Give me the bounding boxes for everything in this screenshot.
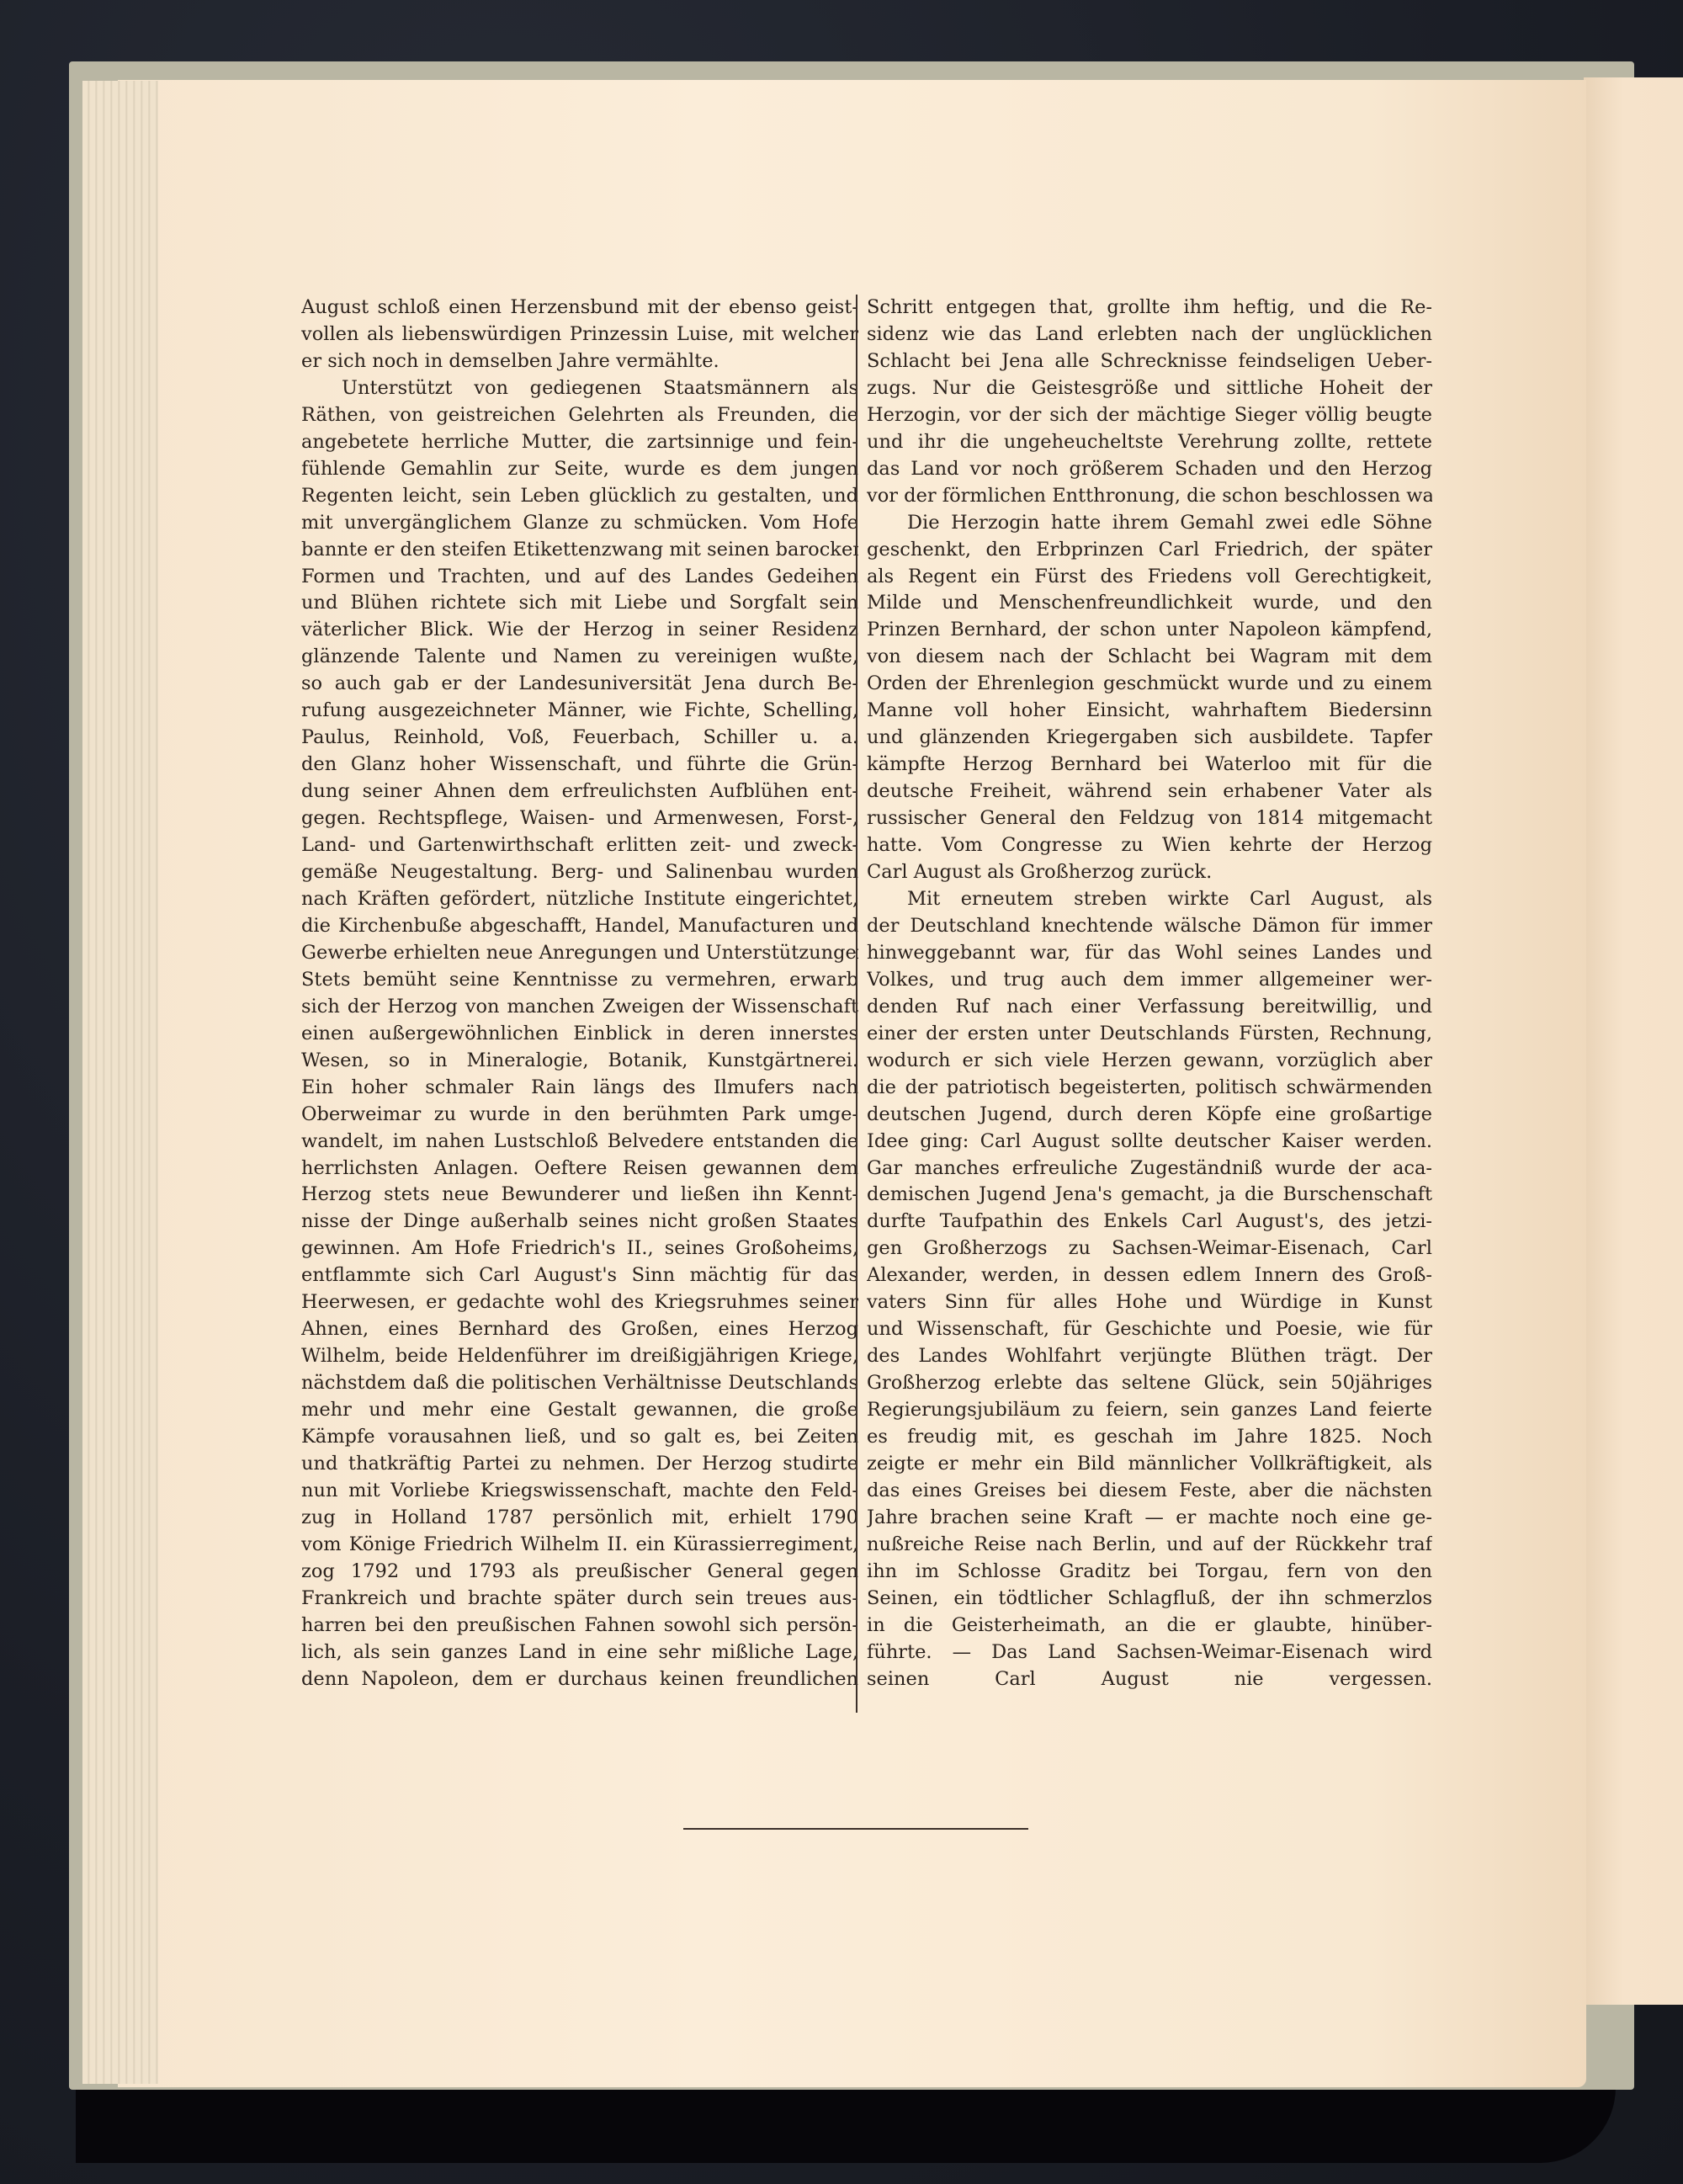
- text-line: Carl August als Großherzog zurück.: [867, 859, 1432, 886]
- text-line: von diesem nach der Schlacht bei Wagram …: [867, 644, 1432, 671]
- text-line: nach Kräften gefördert, nützliche Instit…: [301, 886, 858, 913]
- text-line: bannte er den steifen Etikettenzwang mit…: [301, 537, 858, 564]
- facing-page-edge: [1584, 77, 1683, 2005]
- text-line: rufung ausgezeichneter Männer, wie Ficht…: [301, 698, 858, 725]
- text-line: nun mit Vorliebe Kriegswissenschaft, mac…: [301, 1478, 858, 1505]
- text-line: Großherzog erlebte das seltene Glück, se…: [867, 1370, 1432, 1397]
- text-line: Seinen, ein tödtlicher Schlagfluß, der i…: [867, 1586, 1432, 1613]
- text-line: das eines Greises bei diesem Feste, aber…: [867, 1478, 1432, 1505]
- text-line: Wilhelm, beide Heldenführer im dreißigjä…: [301, 1343, 858, 1370]
- text-line: den Glanz hoher Wissenschaft, und führte…: [301, 752, 858, 778]
- text-line: sich der Herzog von manchen Zweigen der …: [301, 994, 858, 1021]
- text-line: und thatkräftig Partei zu nehmen. Der He…: [301, 1451, 858, 1478]
- text-line: wodurch er sich viele Herzen gewann, vor…: [867, 1048, 1432, 1075]
- text-line: Jahre brachen seine Kraft — er machte no…: [867, 1505, 1432, 1532]
- text-line: dung seiner Ahnen dem erfreulichsten Auf…: [301, 778, 858, 805]
- text-line: russischer General den Feldzug von 1814 …: [867, 805, 1432, 832]
- text-line: zug in Holland 1787 persönlich mit, erhi…: [301, 1505, 858, 1532]
- text-line: lich, als sein ganzes Land in eine sehr …: [301, 1639, 858, 1666]
- book-shadow: [76, 2087, 1616, 2163]
- text-line: denn Napoleon, dem er durchaus keinen fr…: [301, 1666, 858, 1693]
- text-line: Räthen, von geistreichen Gelehrten als F…: [301, 402, 858, 429]
- text-line: Alexander, werden, in dessen edlem Inner…: [867, 1262, 1432, 1289]
- text-line: zog 1792 und 1793 als preußischer Genera…: [301, 1559, 858, 1586]
- text-line: führte. — Das Land Sachsen-Weimar-Eisena…: [867, 1639, 1432, 1666]
- text-line: Volkes, und trug auch dem immer allgemei…: [867, 967, 1432, 994]
- text-line: zeigte er mehr ein Bild männlicher Vollk…: [867, 1451, 1432, 1478]
- text-line: Stets bemüht seine Kenntnisse zu vermehr…: [301, 967, 858, 994]
- text-line: mit unvergänglichem Glanze zu schmücken.…: [301, 510, 858, 537]
- column-divider: [856, 295, 857, 1713]
- text-line: harren bei den preußischen Fahnen sowohl…: [301, 1613, 858, 1639]
- text-line: Kämpfe vorausahnen ließ, und so galt es,…: [301, 1424, 858, 1451]
- text-line: kämpfte Herzog Bernhard bei Waterloo mit…: [867, 752, 1432, 778]
- text-line: als Regent ein Fürst des Friedens voll G…: [867, 564, 1432, 591]
- text-line: Unterstützt von gediegenen Staatsmännern…: [301, 375, 858, 402]
- text-line: August schloß einen Herzensbund mit der …: [301, 295, 858, 321]
- text-line: durfte Taufpathin des Enkels Carl August…: [867, 1209, 1432, 1235]
- scanned-book-spread: August schloß einen Herzensbund mit der …: [0, 0, 1683, 2184]
- text-line: Frankreich und brachte später durch sein…: [301, 1586, 858, 1613]
- text-line: Land- und Gartenwirthschaft erlitten zei…: [301, 832, 858, 859]
- text-line: nisse der Dinge außerhalb seines nicht g…: [301, 1209, 858, 1235]
- text-line: Regierungsjubiläum zu feiern, sein ganze…: [867, 1397, 1432, 1424]
- text-line: denden Ruf nach einer Verfassung bereitw…: [867, 994, 1432, 1021]
- text-line: hatte. Vom Congresse zu Wien kehrte der …: [867, 832, 1432, 859]
- text-line: Gewerbe erhielten neue Anregungen und Un…: [301, 940, 858, 967]
- text-line: die der patriotisch begeisterten, politi…: [867, 1075, 1432, 1102]
- left-text-column: August schloß einen Herzensbund mit der …: [301, 295, 858, 1693]
- text-line: Formen und Trachten, und auf des Landes …: [301, 564, 858, 591]
- text-line: die Kirchenbuße abgeschafft, Handel, Man…: [301, 913, 858, 940]
- text-line: zugs. Nur die Geistesgröße und sittliche…: [867, 375, 1432, 402]
- right-text-column: Schritt entgegen that, grollte ihm hefti…: [867, 295, 1432, 1693]
- text-line: einer der ersten unter Deutschlands Fürs…: [867, 1021, 1432, 1048]
- text-line: ihn im Schlosse Graditz bei Torgau, fern…: [867, 1559, 1432, 1586]
- text-line: sidenz wie das Land erlebten nach der un…: [867, 321, 1432, 348]
- text-line: Schlacht bei Jena alle Schrecknisse fein…: [867, 348, 1432, 375]
- text-line: Milde und Menschenfreundlichkeit wurde, …: [867, 590, 1432, 617]
- text-line: mehr und mehr eine Gestalt gewannen, die…: [301, 1397, 858, 1424]
- text-line: Wesen, so in Mineralogie, Botanik, Kunst…: [301, 1048, 858, 1075]
- text-line: und glänzenden Kriegergaben sich ausbild…: [867, 725, 1432, 752]
- text-line: glänzende Talente und Namen zu vereinige…: [301, 644, 858, 671]
- text-line: Ein hoher schmaler Rain längs des Ilmufe…: [301, 1075, 858, 1102]
- text-line: der Deutschland knechtende wälsche Dämon…: [867, 913, 1432, 940]
- text-line: hinweggebannt war, für das Wohl seines L…: [867, 940, 1432, 967]
- text-line: entflammte sich Carl August's Sinn mächt…: [301, 1262, 858, 1289]
- text-line: Ahnen, eines Bernhard des Großen, eines …: [301, 1316, 858, 1343]
- text-line: Herzog stets neue Bewunderer und ließen …: [301, 1182, 858, 1209]
- text-line: angebetete herrliche Mutter, die zartsin…: [301, 429, 858, 456]
- text-line: vom Könige Friedrich Wilhelm II. ein Kür…: [301, 1532, 858, 1559]
- text-line: geschenkt, den Erbprinzen Carl Friedrich…: [867, 537, 1432, 564]
- text-line: Paulus, Reinhold, Voß, Feuerbach, Schill…: [301, 725, 858, 752]
- text-line: Gar manches erfreuliche Zugeständniß wur…: [867, 1156, 1432, 1182]
- text-line: Orden der Ehrenlegion geschmückt wurde u…: [867, 671, 1432, 698]
- text-line: gegen. Rechtspflege, Waisen- und Armenwe…: [301, 805, 858, 832]
- text-line: Regenten leicht, sein Leben glücklich zu…: [301, 483, 858, 510]
- text-line: nußreiche Reise nach Berlin, und auf der…: [867, 1532, 1432, 1559]
- text-line: Die Herzogin hatte ihrem Gemahl zwei edl…: [867, 510, 1432, 537]
- text-line: Prinzen Bernhard, der schon unter Napole…: [867, 617, 1432, 644]
- text-line: gemäße Neugestaltung. Berg- und Salinenb…: [301, 859, 858, 886]
- text-line: demischen Jugend Jena's gemacht, ja die …: [867, 1182, 1432, 1209]
- text-line: er sich noch in demselben Jahre vermählt…: [301, 348, 858, 375]
- text-line: und Wissenschaft, für Geschichte und Poe…: [867, 1316, 1432, 1343]
- page-edges: [82, 81, 158, 2084]
- text-line: gewinnen. Am Hofe Friedrich's II., seine…: [301, 1235, 858, 1262]
- text-line: einen außergewöhnlichen Einblick in dere…: [301, 1021, 858, 1048]
- text-line: nächstdem daß die politischen Verhältnis…: [301, 1370, 858, 1397]
- text-line: in die Geisterheimath, an die er glaubte…: [867, 1613, 1432, 1639]
- text-line: herrlichsten Anlagen. Oeftere Reisen gew…: [301, 1156, 858, 1182]
- text-line: deutschen Jugend, durch deren Köpfe eine…: [867, 1102, 1432, 1129]
- text-line: es freudig mit, es geschah im Jahre 1825…: [867, 1424, 1432, 1451]
- text-line: das Land vor noch größerem Schaden und d…: [867, 456, 1432, 483]
- text-line: und ihr die ungeheucheltste Verehrung zo…: [867, 429, 1432, 456]
- text-line: seinen Carl August nie vergessen.: [867, 1666, 1432, 1693]
- text-line: väterlicher Blick. Wie der Herzog in sei…: [301, 617, 858, 644]
- text-line: Idee ging: Carl August sollte deutscher …: [867, 1129, 1432, 1156]
- end-of-article-rule: [683, 1828, 1028, 1830]
- text-line: wandelt, im nahen Lustschloß Belvedere e…: [301, 1129, 858, 1156]
- text-line: Schritt entgegen that, grollte ihm hefti…: [867, 295, 1432, 321]
- text-line: so auch gab er der Landesuniversität Jen…: [301, 671, 858, 698]
- text-line: fühlende Gemahlin zur Seite, wurde es de…: [301, 456, 858, 483]
- text-line: vor der förmlichen Entthronung, die scho…: [867, 483, 1432, 510]
- text-line: Heerwesen, er gedachte wohl des Kriegsru…: [301, 1289, 858, 1316]
- text-line: des Landes Wohlfahrt verjüngte Blüthen t…: [867, 1343, 1432, 1370]
- text-line: Herzogin, vor der sich der mächtige Sieg…: [867, 402, 1432, 429]
- text-line: und Blühen richtete sich mit Liebe und S…: [301, 590, 858, 617]
- text-line: vollen als liebenswürdigen Prinzessin Lu…: [301, 321, 858, 348]
- text-line: deutsche Freiheit, während sein erhabene…: [867, 778, 1432, 805]
- text-line: vaters Sinn für alles Hohe und Würdige i…: [867, 1289, 1432, 1316]
- text-line: Oberweimar zu wurde in den berühmten Par…: [301, 1102, 858, 1129]
- text-line: Manne voll hoher Einsicht, wahrhaftem Bi…: [867, 698, 1432, 725]
- text-line: Mit erneutem streben wirkte Carl August,…: [867, 886, 1432, 913]
- text-line: gen Großherzogs zu Sachsen-Weimar-Eisena…: [867, 1235, 1432, 1262]
